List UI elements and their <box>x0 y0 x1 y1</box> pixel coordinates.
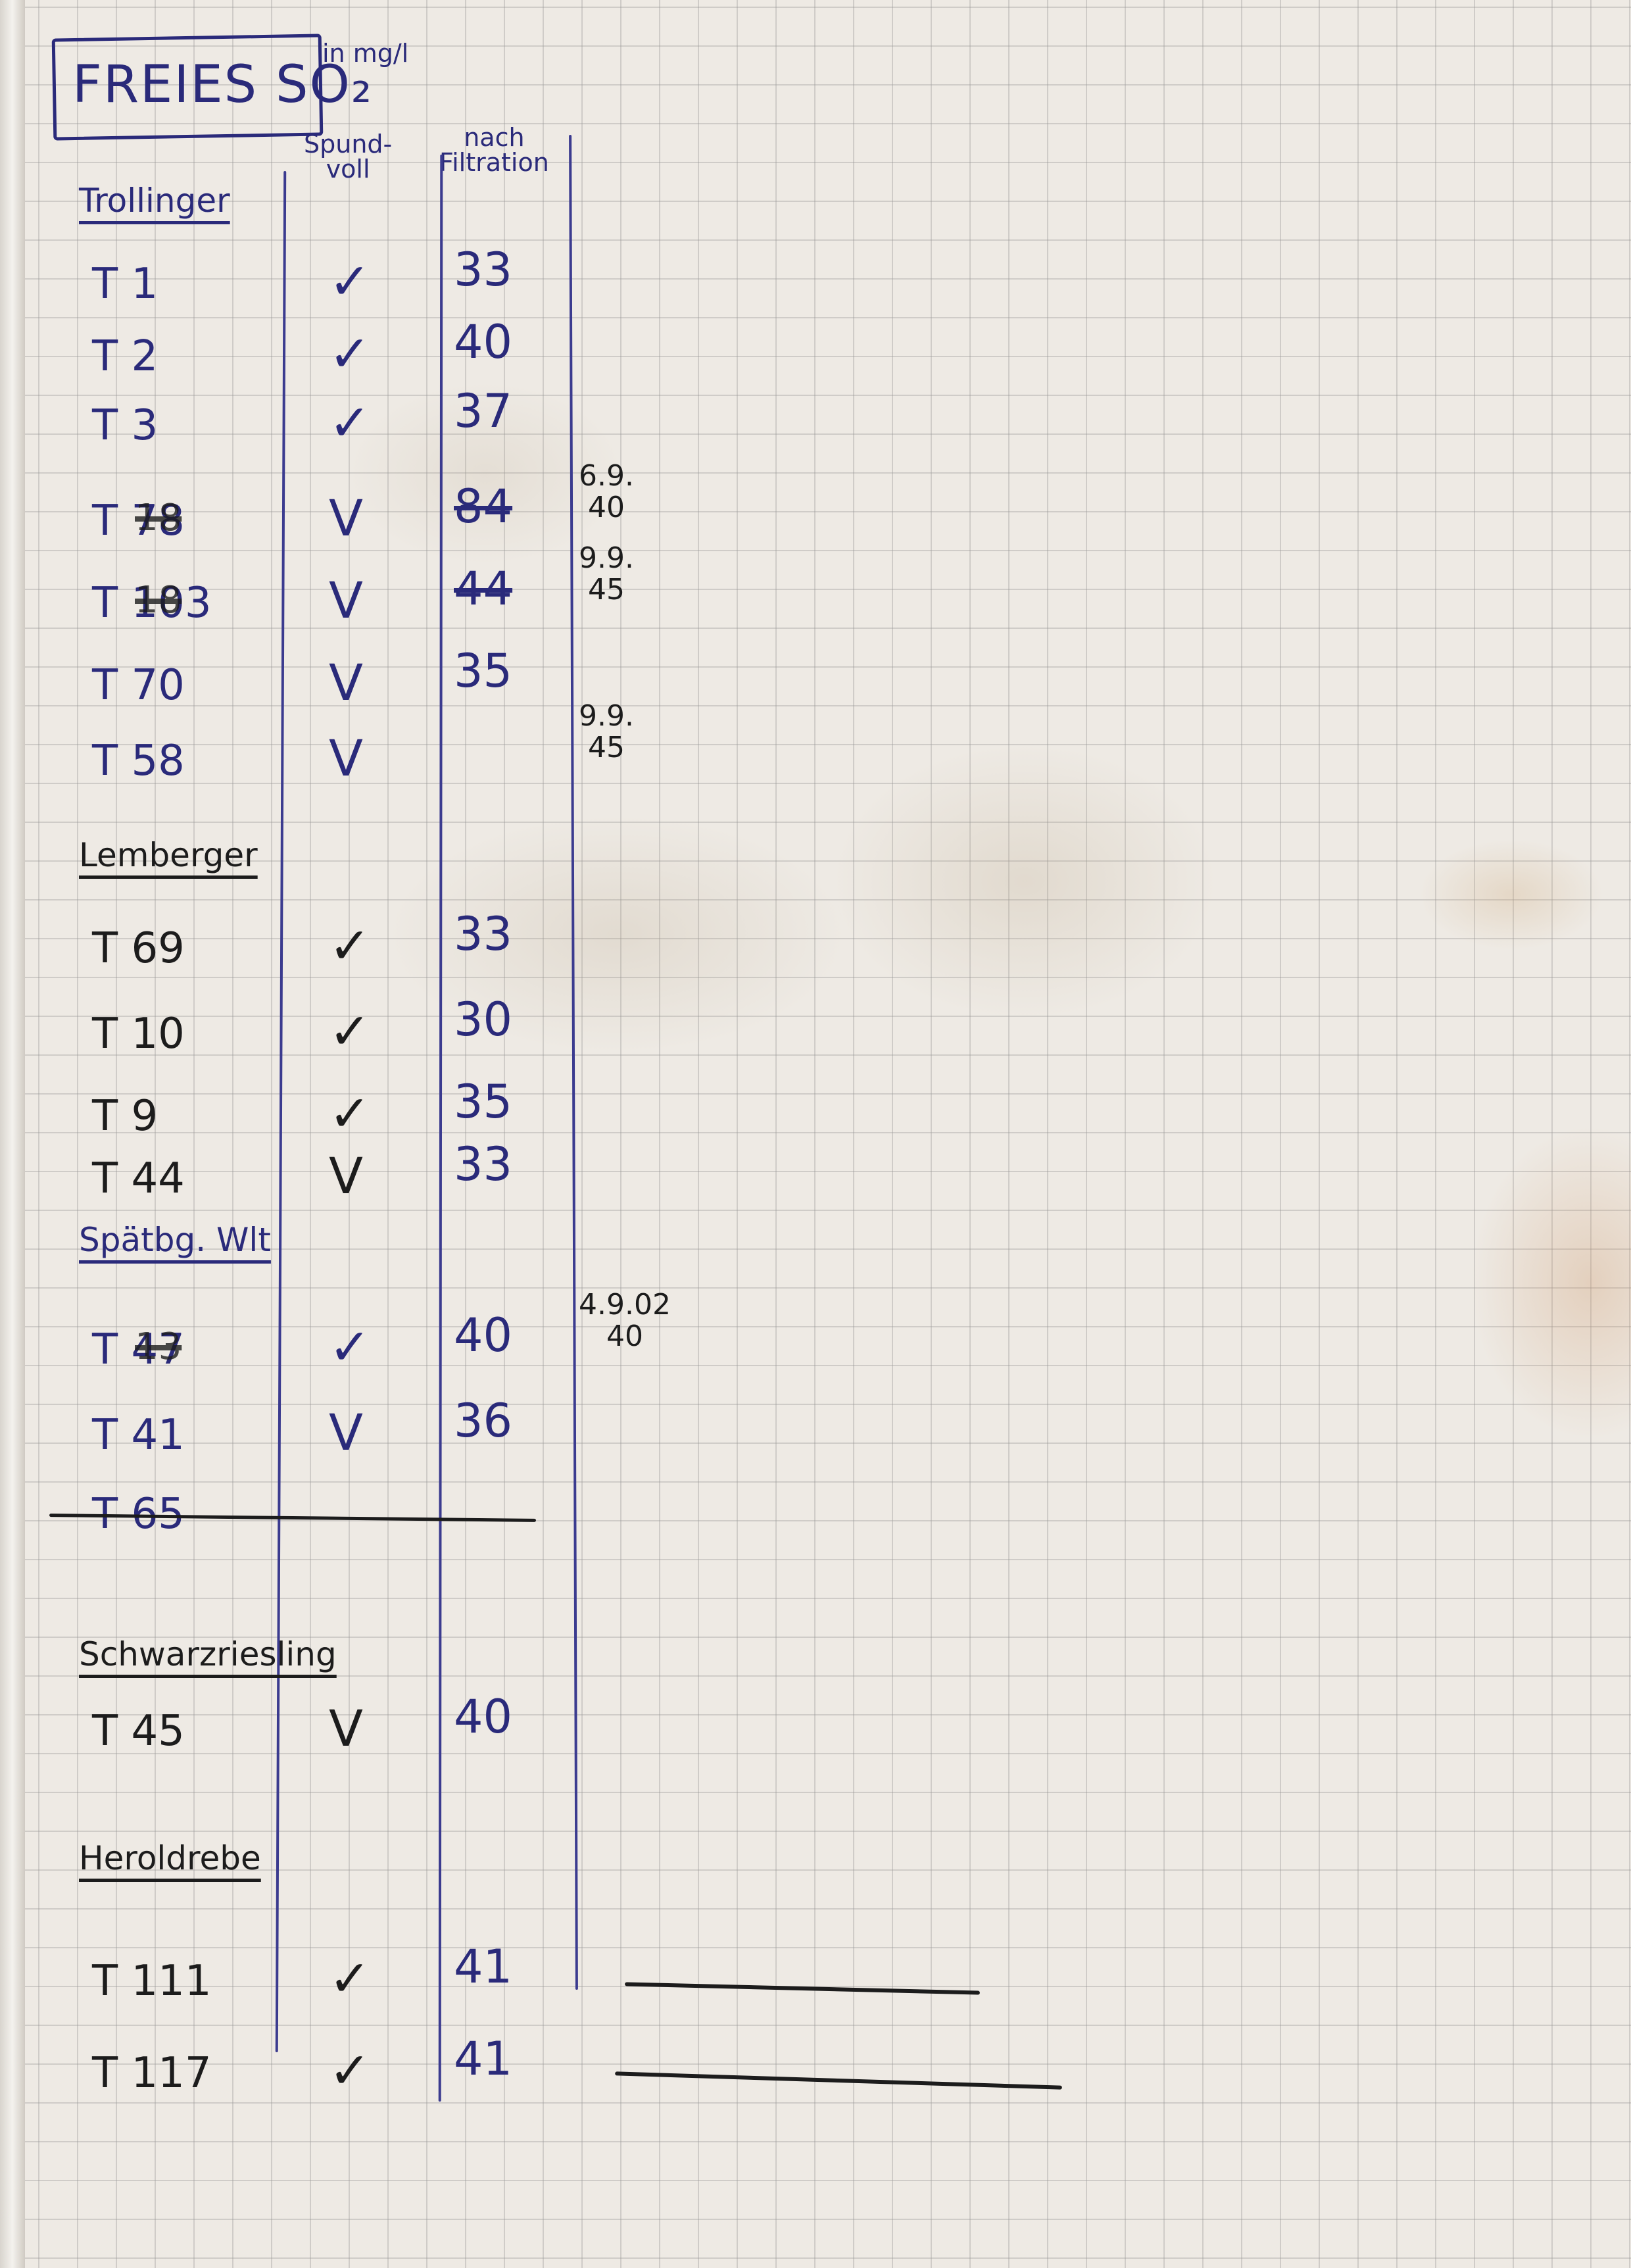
so2-value: 37 <box>454 388 512 434</box>
date-note: 4.9.02 40 <box>579 1289 671 1353</box>
spundvoll-check-icon: V <box>329 1408 363 1458</box>
notebook-binding-edge <box>0 0 25 2268</box>
spundvoll-check-icon: ✓ <box>329 1322 371 1372</box>
spundvoll-check-icon: ✓ <box>329 1954 371 2004</box>
tank-label: T 69 <box>92 927 185 970</box>
spundvoll-check-icon: V <box>329 493 363 543</box>
tank-label: T 41 <box>92 1414 185 1456</box>
date-note: 6.9. 40 <box>579 460 634 524</box>
so2-value: 40 <box>454 1694 512 1740</box>
so2-value: 41 <box>454 2036 512 2082</box>
so2-value: 33 <box>454 1141 512 1187</box>
date-note: 9.9. 45 <box>579 701 634 764</box>
tank-label: T 70 <box>92 664 185 706</box>
so2-value: 35 <box>454 648 512 694</box>
group-heading: Lemberger <box>79 839 258 872</box>
so2-value: 41 <box>454 1944 512 1990</box>
spundvoll-check-icon: V <box>329 1151 363 1201</box>
so2-value: 84 <box>454 483 512 530</box>
tank-label: T 45 <box>92 1710 185 1752</box>
column-header-nach-filtration: nach Filtration <box>439 125 549 175</box>
column-header-spundvoll: Spund- voll <box>304 132 392 182</box>
so2-value: 36 <box>454 1398 512 1444</box>
spundvoll-check-icon: ✓ <box>329 921 371 971</box>
struck-tank-number: 13 <box>135 1329 182 1366</box>
spundvoll-check-icon: V <box>329 733 363 783</box>
so2-value: 30 <box>454 997 512 1043</box>
spundvoll-check-icon: V <box>329 1704 363 1754</box>
so2-value: 44 <box>454 566 512 612</box>
group-heading: Spätbg. Wlt <box>79 1223 271 1256</box>
graph-paper-sheet <box>25 0 1631 2268</box>
spundvoll-check-icon: ✓ <box>329 257 371 307</box>
tank-label: T 1 <box>92 263 158 305</box>
tank-label: T 9 <box>92 1095 158 1137</box>
tank-label: T 58 <box>92 740 185 782</box>
group-heading: Schwarzriesling <box>79 1638 337 1671</box>
so2-value: 33 <box>454 247 512 293</box>
so2-value: 35 <box>454 1079 512 1125</box>
struck-tank-number: 18 <box>135 500 182 537</box>
tank-label: T 111 <box>92 1960 212 2002</box>
spundvoll-check-icon: ✓ <box>329 1006 371 1056</box>
spundvoll-check-icon: ✓ <box>329 2046 371 2096</box>
tank-label: T 44 <box>92 1158 185 1200</box>
so2-value: 33 <box>454 911 512 957</box>
spundvoll-check-icon: ✓ <box>329 398 371 448</box>
group-heading: Heroldrebe <box>79 1842 261 1875</box>
spundvoll-check-icon: ✓ <box>329 329 371 379</box>
date-note: 9.9. 45 <box>579 543 634 606</box>
so2-value: 40 <box>454 1312 512 1358</box>
group-heading: Trollinger <box>79 184 230 217</box>
tank-label: T 2 <box>92 335 158 378</box>
so2-value: 40 <box>454 319 512 365</box>
tank-label: T 3 <box>92 405 158 447</box>
tank-label: T 117 <box>92 2052 212 2094</box>
struck-tank-number: 18 <box>135 582 182 619</box>
tank-label: T 10 <box>92 1013 185 1055</box>
spundvoll-check-icon: ✓ <box>329 1089 371 1139</box>
spundvoll-check-icon: V <box>329 576 363 626</box>
unit-label: in mg/l <box>322 41 408 66</box>
spundvoll-check-icon: V <box>329 658 363 708</box>
